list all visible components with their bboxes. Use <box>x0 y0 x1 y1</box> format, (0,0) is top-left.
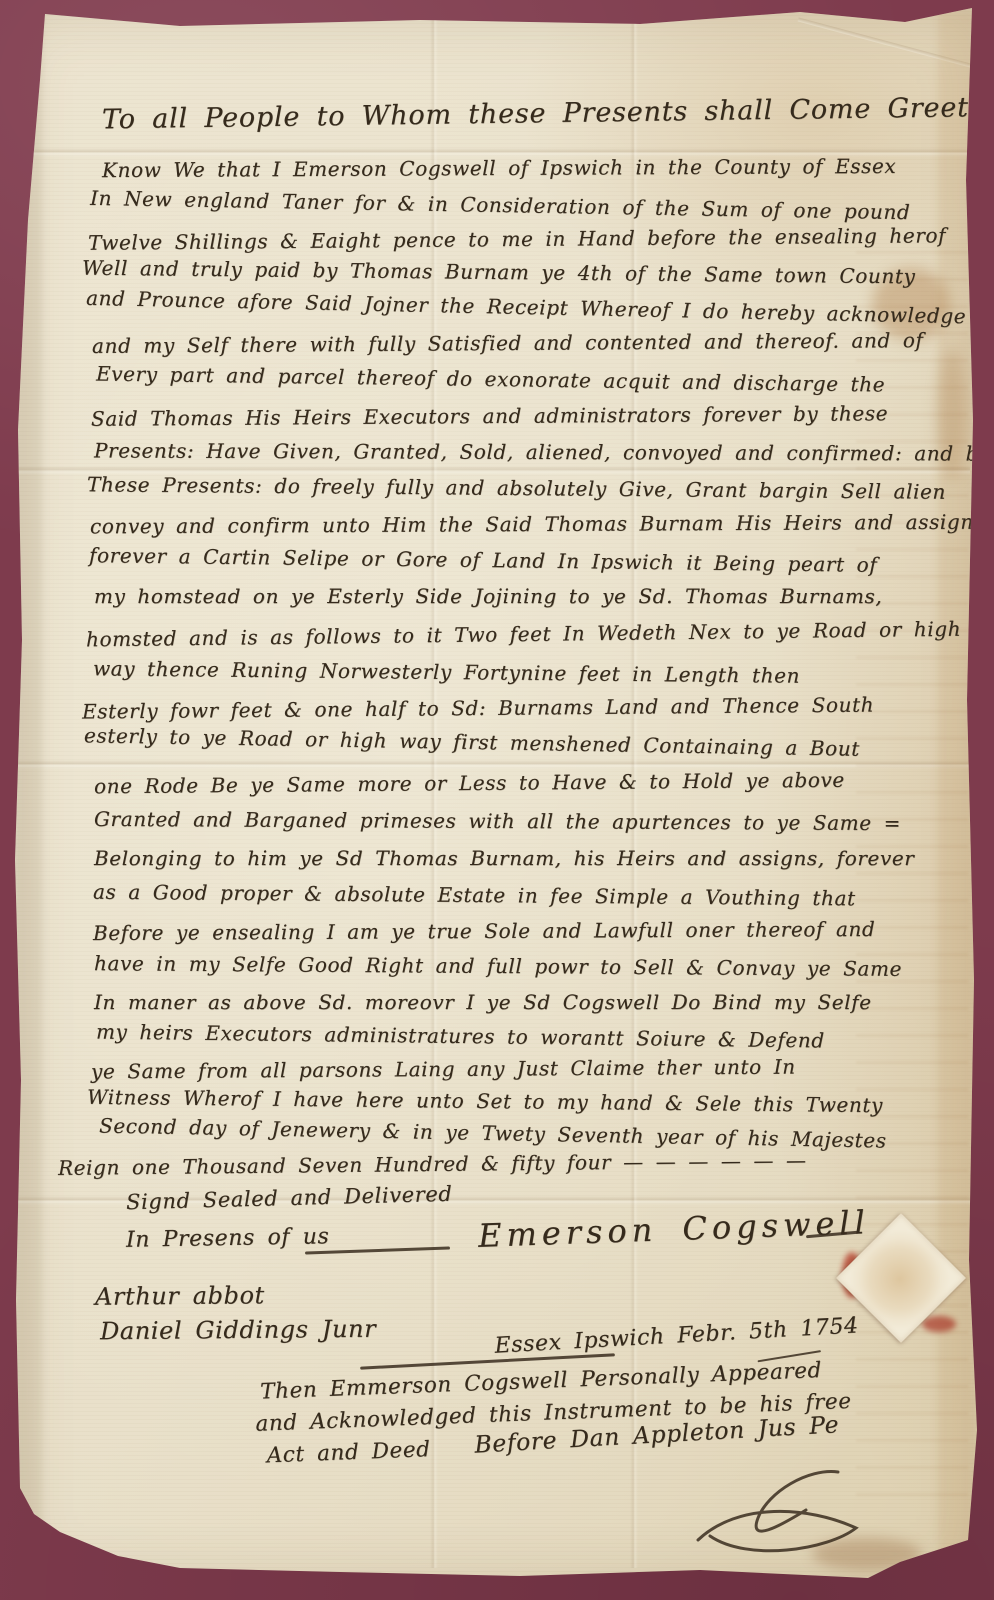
manuscript-line: way thence Runing Norwesterly Fortynine … <box>93 656 800 687</box>
photograph-background: { "colors": { "background": "#7e3b4d", "… <box>0 0 994 1600</box>
manuscript-line: In New england Taner for & in Considerat… <box>90 186 911 224</box>
signed-sealed-line: Signd Sealed and Delivered <box>126 1182 453 1215</box>
manuscript-line: Reign one Thousand Seven Hundred & fifty… <box>58 1148 807 1180</box>
manuscript-line: Granted and Barganed primeses with all t… <box>94 807 901 835</box>
manuscript-line: and Prounce afore Said Jojner the Receip… <box>86 286 967 328</box>
manuscript-line: and my Self there with fully Satisfied a… <box>92 328 924 358</box>
witness-signature: Arthur abbot <box>95 1281 265 1310</box>
manuscript-line: one Rode Be ye Same more or Less to Have… <box>94 768 845 799</box>
manuscript-line: ye Same from all parsons Laing any Just … <box>91 1055 796 1084</box>
manuscript-line: Esterly fowr feet & one half to Sd: Burn… <box>82 693 874 724</box>
manuscript-line: Every part and parcel thereof do exonora… <box>96 361 885 396</box>
manuscript-line: esterly to ye Road or high way first men… <box>84 723 860 761</box>
manuscript-line: Presents: Have Given, Granted, Sold, ali… <box>94 438 991 465</box>
manuscript-line: convey and confirm unto Him the Said Tho… <box>90 510 985 539</box>
manuscript-line: my homstead on ye Esterly Side Jojining … <box>94 584 882 608</box>
manuscript-line: Twelve Shillings & Eaight pence to me in… <box>88 223 946 254</box>
manuscript-line: Said Thomas His Heirs Executors and admi… <box>91 401 888 431</box>
manuscript-line: homsted and is as follows to it Two feet… <box>86 617 961 652</box>
ack-line: Act and Deed <box>266 1437 431 1468</box>
manuscript-line: Know We that I Emerson Cogswell of Ipswi… <box>102 154 896 182</box>
manuscript-line: forever a Cartin Selipe or Gore of Land … <box>89 543 878 577</box>
manuscript-line: have in my Selfe Good Right and full pow… <box>94 951 902 981</box>
manuscript-line: Belonging to him ye Sd Thomas Burnam, hi… <box>94 846 914 870</box>
document-heading: To all People to Whom these Presents sha… <box>102 92 994 136</box>
manuscript-line: These Presents: do freely fully and abso… <box>87 472 946 503</box>
presence-line: In Presens of us <box>126 1224 330 1253</box>
manuscript-line: In maner as above Sd. moreovr I ye Sd Co… <box>94 990 872 1014</box>
left-edge-aging <box>14 10 42 1582</box>
manuscript-line: Witness Wherof I have here unto Set to m… <box>87 1085 883 1117</box>
manuscript-line: Well and truly paid by Thomas Burnam ye … <box>82 256 916 289</box>
manuscript-line: Before ye ensealing I am ye true Sole an… <box>93 917 875 945</box>
grantor-signature: Emerson Cogswell <box>477 1203 870 1255</box>
manuscript-line: as a Good proper & absolute Estate in fe… <box>93 880 856 911</box>
manuscript-line: Second day of Jenewery & in ye Twety Sev… <box>99 1113 887 1152</box>
manuscript-line: my heirs Executors administratures to wo… <box>96 1020 825 1053</box>
signature-flourish <box>688 1466 878 1566</box>
manuscript-paper: To all People to Whom these Presents sha… <box>0 0 994 1600</box>
